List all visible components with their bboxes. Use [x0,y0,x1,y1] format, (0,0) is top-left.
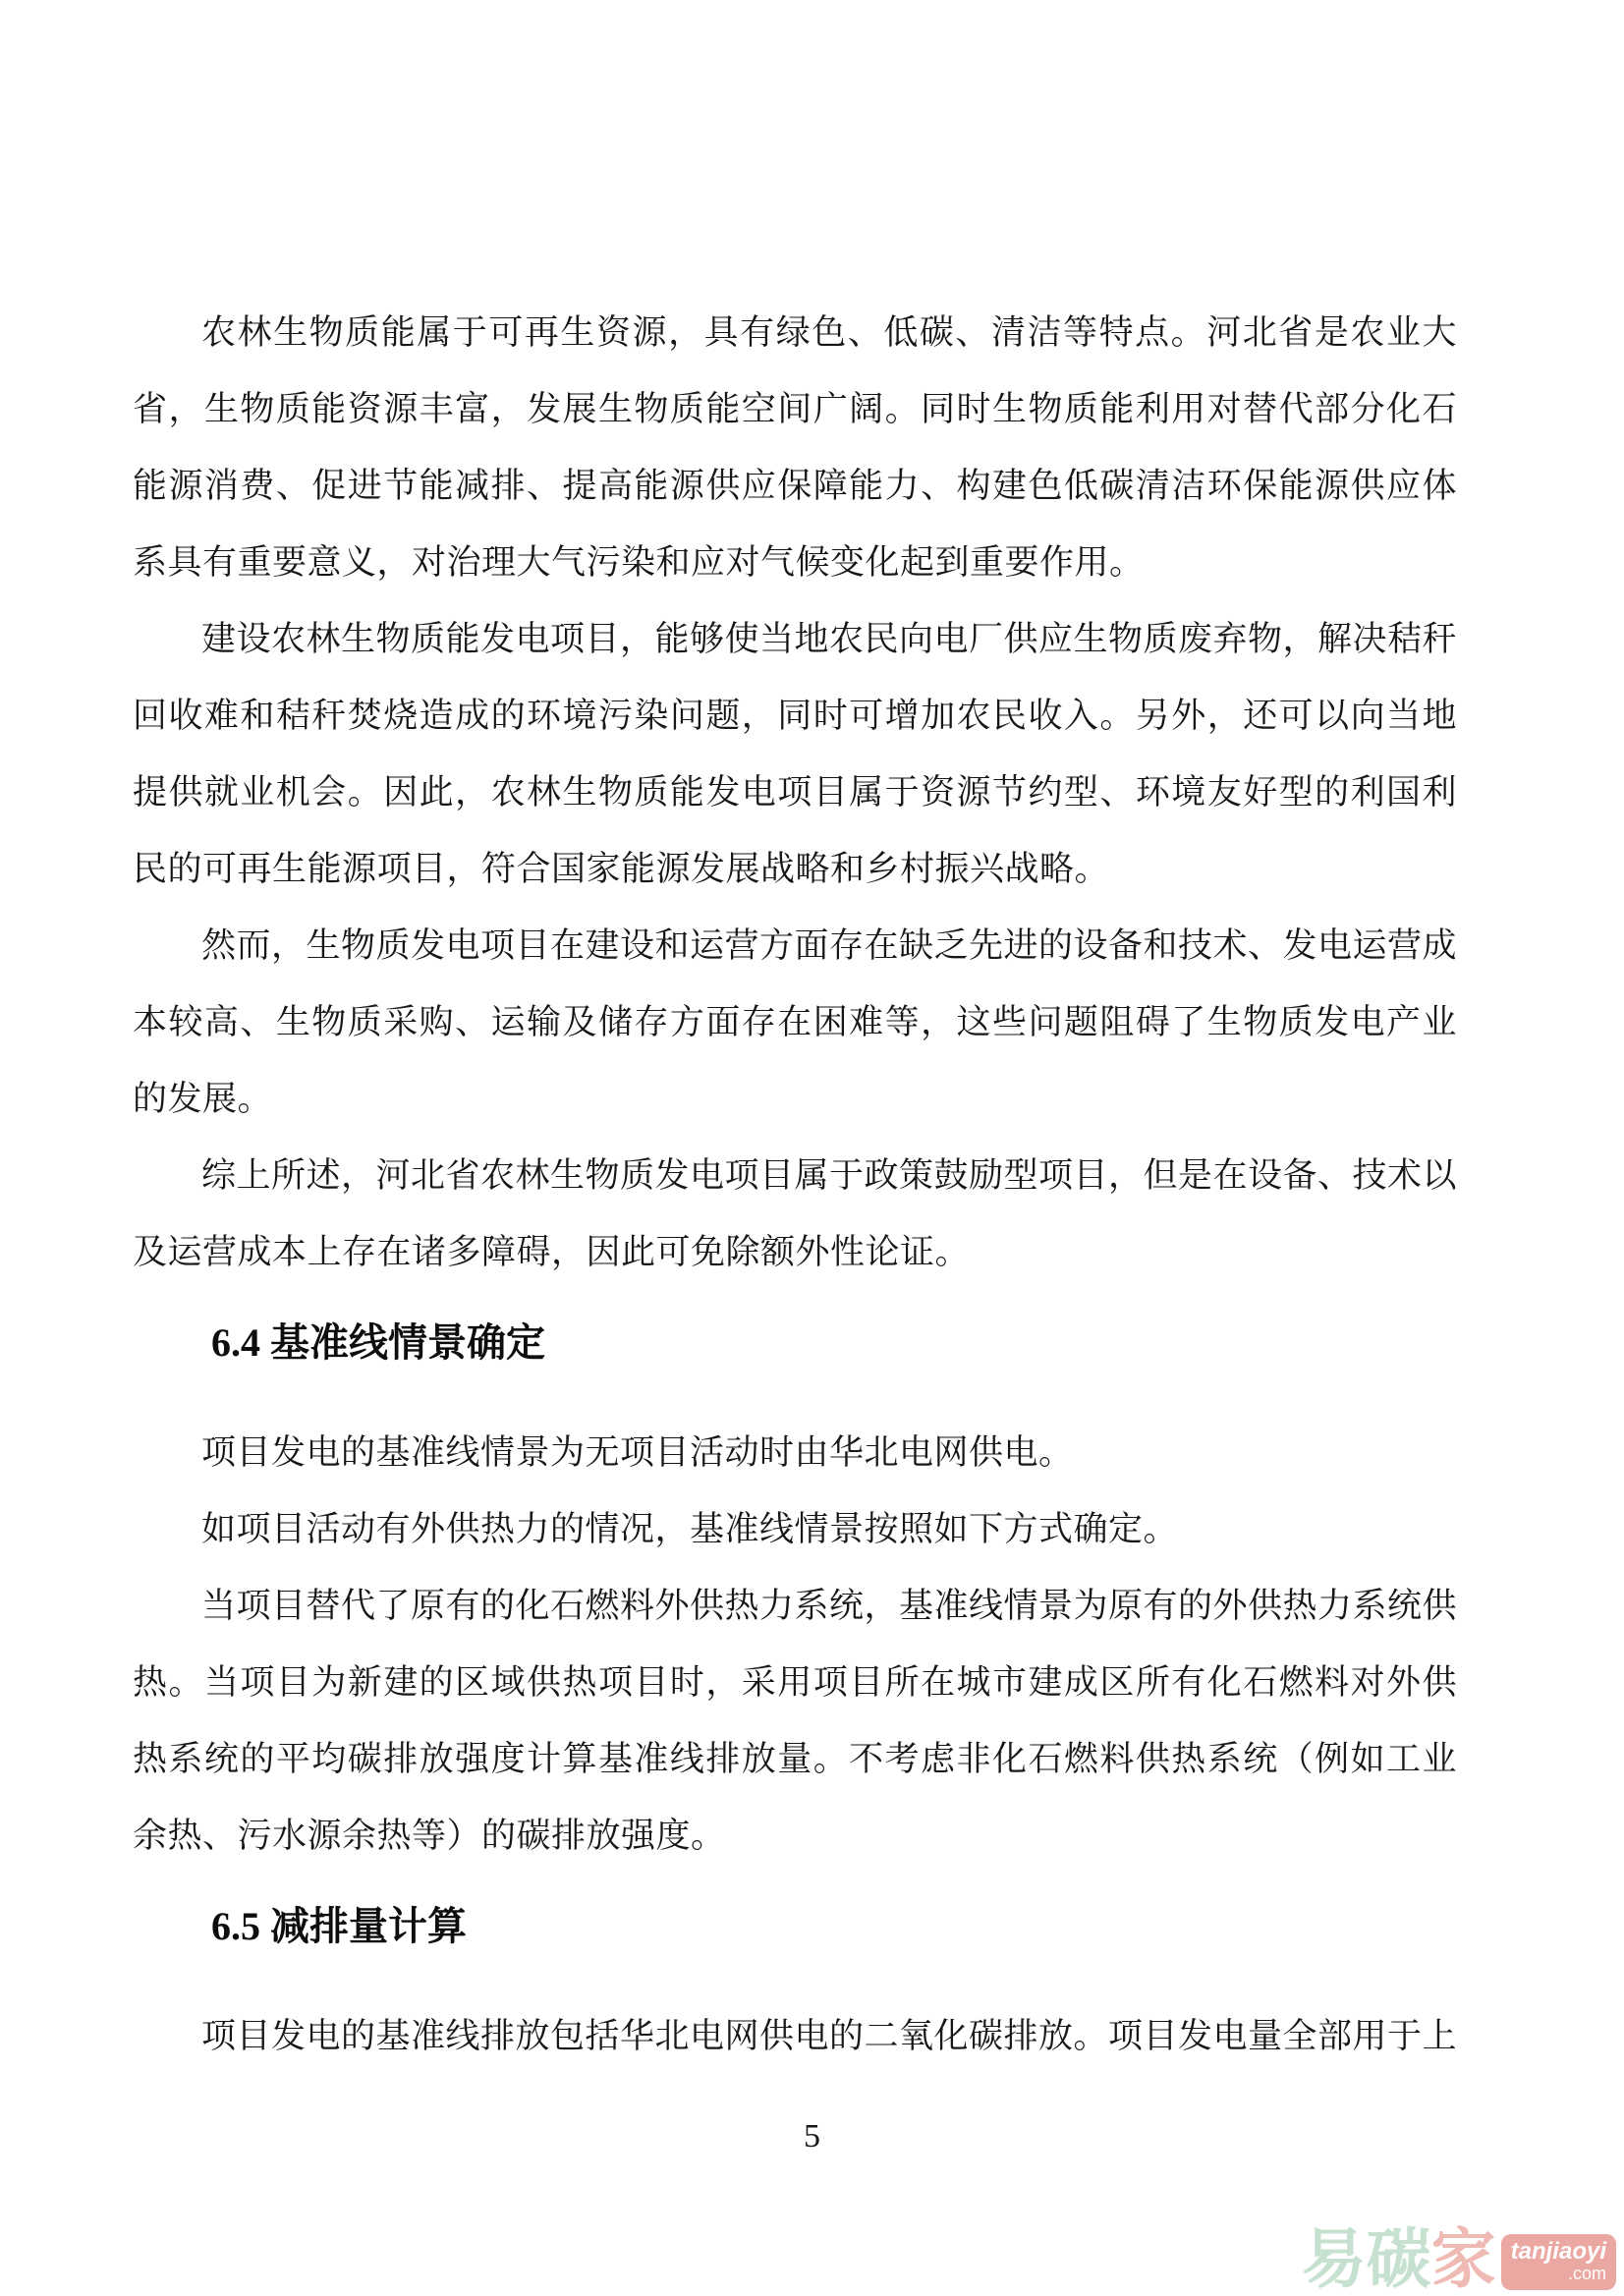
watermark-char-yi: 易 [1302,2228,1367,2290]
document-content: 农林生物质能属于可再生资源，具有绿色、低碳、清洁等特点。河北省是农业大省，生物质… [133,295,1457,2075]
watermark-badge-domain: tanjiaoyi [1511,2239,1606,2265]
paragraph-emission-reduction: 项目发电的基准线排放包括华北电网供电的二氧化碳排放。项目发电量全部用于上 [133,1998,1457,2075]
paragraph-baseline-heat-condition: 如项目活动有外供热力的情况，基准线情景按照如下方式确定。 [133,1491,1457,1568]
page-number: 5 [0,2118,1624,2156]
paragraph-baseline-heat-detail: 当项目替代了原有的化石燃料外供热力系统，基准线情景为原有的外供热力系统供热。当项… [133,1568,1457,1875]
watermark-logo: 易 碳 家 tanjiaoyi .com [1302,2228,1616,2290]
watermark-badge-tld: .com [1568,2265,1606,2284]
watermark-char-tan: 碳 [1367,2228,1431,2290]
section-heading-6-4: 6.4 基准线情景确定 [133,1305,1457,1381]
paragraph-baseline-grid: 项目发电的基准线情景为无项目活动时由华北电网供电。 [133,1415,1457,1491]
paragraph-barriers: 然而，生物质发电项目在建设和运营方面存在缺乏先进的设备和技术、发电运营成本较高、… [133,908,1457,1138]
watermark-badge: tanjiaoyi .com [1501,2234,1616,2290]
section-heading-6-5: 6.5 减排量计算 [133,1888,1457,1965]
paragraph-biomass-intro: 农林生物质能属于可再生资源，具有绿色、低碳、清洁等特点。河北省是农业大省，生物质… [133,295,1457,601]
paragraph-project-benefits: 建设农林生物质能发电项目，能够使当地农民向电厂供应生物质废弃物，解决秸秆回收难和… [133,601,1457,908]
paragraph-conclusion: 综上所述，河北省农林生物质发电项目属于政策鼓励型项目，但是在设备、技术以及运营成… [133,1138,1457,1291]
watermark-char-jia: 家 [1431,2228,1496,2290]
document-page: 农林生物质能属于可再生资源，具有绿色、低碳、清洁等特点。河北省是农业大省，生物质… [0,0,1624,2296]
